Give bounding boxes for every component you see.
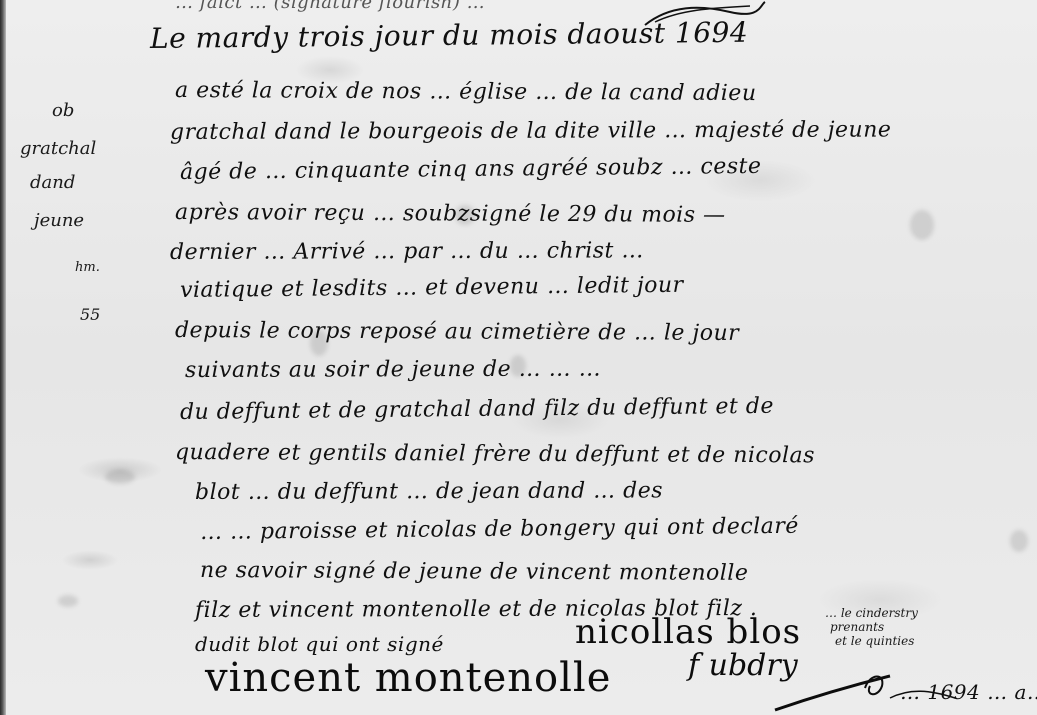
annotation: et le quinties bbox=[835, 634, 914, 648]
margin-note: dand bbox=[30, 172, 75, 193]
binding-edge bbox=[0, 0, 6, 715]
footer-partial-text: … 1694 … a… bbox=[900, 680, 1037, 704]
ink-stain bbox=[1010, 530, 1028, 552]
margin-note: hm. bbox=[75, 260, 100, 275]
record-line: Le mardy trois jour du mois daoust 1694 bbox=[150, 16, 749, 55]
record-line: dernier … Arrivé … par … du … christ … bbox=[170, 238, 644, 265]
record-line: a esté la croix de nos … église … de la … bbox=[175, 78, 757, 106]
record-line: après avoir reçu … soubzsigné le 29 du m… bbox=[175, 200, 726, 228]
margin-note: ob bbox=[52, 100, 74, 121]
ink-stain bbox=[910, 210, 934, 240]
ink-stain bbox=[105, 470, 135, 484]
record-line: depuis le corps reposé au cimetière de …… bbox=[175, 318, 739, 346]
annotation: prenants bbox=[830, 620, 884, 634]
annotation: … le cinderstry bbox=[825, 606, 918, 620]
margin-note: 55 bbox=[80, 305, 100, 324]
record-line: âgé de … cinquante cinq ans agréé soubz … bbox=[180, 154, 762, 185]
record-line: quadere et gentils daniel frère du deffu… bbox=[175, 440, 815, 468]
margin-note: gratchal bbox=[20, 138, 96, 159]
record-line: gratchal dand le bourgeois de la dite vi… bbox=[170, 117, 891, 145]
signature: nicollas blos bbox=[575, 612, 801, 652]
record-line: suivants au soir de jeune de … … … bbox=[185, 357, 601, 383]
record-line: viatique et lesdits … et devenu … ledit … bbox=[180, 273, 684, 303]
record-line: du deffunt et de gratchal dand filz du d… bbox=[180, 394, 774, 425]
closing-line: dudit blot qui ont signé bbox=[195, 632, 444, 656]
record-line: ne savoir signé de jeune de vincent mont… bbox=[200, 558, 749, 586]
faint-header-text: … faict … (signature flourish) … bbox=[175, 0, 485, 13]
margin-note: jeune bbox=[34, 210, 84, 231]
manuscript-page: … faict … (signature flourish) … obgratc… bbox=[0, 0, 1037, 715]
ink-stain bbox=[58, 595, 78, 607]
record-line: blot … du deffunt … de jean dand … des bbox=[195, 478, 663, 505]
signature: vincent montenolle bbox=[205, 655, 611, 701]
record-line: … … paroisse et nicolas de bongery qui o… bbox=[200, 514, 799, 545]
